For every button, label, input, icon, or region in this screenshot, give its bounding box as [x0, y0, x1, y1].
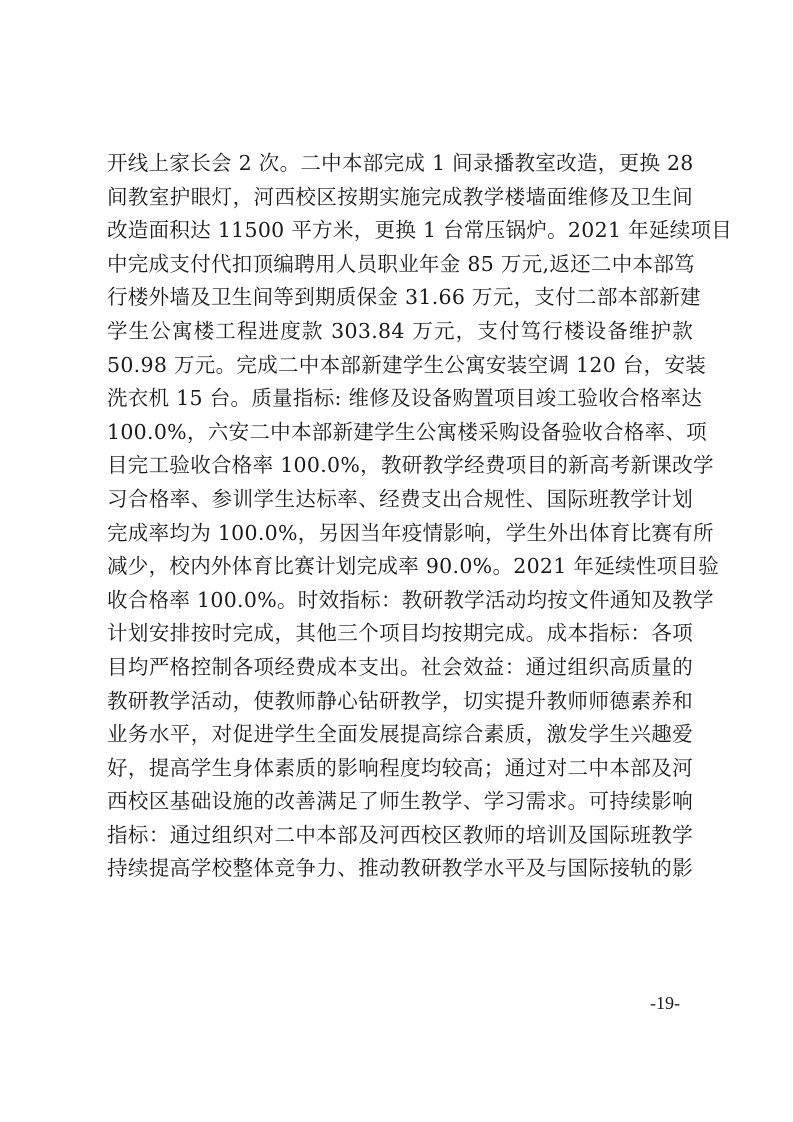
text-line: 学生公寓楼工程进度款 303.84 万元，支付笃行楼设备维护款: [107, 315, 693, 349]
text-line: 收合格率 100.0%。时效指标：教研教学活动均按文件通知及教学: [107, 584, 693, 618]
page-number: -19-: [650, 993, 680, 1014]
text-line: 教研教学活动，使教师静心钻研教学，切实提升教师师德素养和: [107, 685, 693, 719]
text-line: 50.98 万元。完成二中本部新建学生公寓安装空调 120 台，安装: [107, 349, 693, 383]
text-line: 业务水平，对促进学生全面发展提高综合素质，激发学生兴趣爱: [107, 718, 693, 752]
text-line: 减少，校内外体育比赛计划完成率 90.0%。2021 年延续性项目验: [107, 550, 693, 584]
text-line: 计划安排按时完成，其他三个项目均按期完成。成本指标：各项: [107, 617, 693, 651]
text-line: 目均严格控制各项经费成本支出。社会效益：通过组织高质量的: [107, 651, 693, 685]
text-line: 完成率均为 100.0%，另因当年疫情影响，学生外出体育比赛有所: [107, 517, 693, 551]
text-line: 洗衣机 15 台。质量指标: 维修及设备购置项目竣工验收合格率达: [107, 382, 693, 416]
text-line: 开线上家长会 2 次。二中本部完成 1 间录播教室改造，更换 28: [107, 147, 693, 181]
text-line: 改造面积达 11500 平方米，更换 1 台常压锅炉。2021 年延续项目: [107, 214, 693, 248]
body-paragraph: 开线上家长会 2 次。二中本部完成 1 间录播教室改造，更换 28 间教室护眼灯…: [107, 147, 693, 886]
text-line: 100.0%，六安二中本部新建学生公寓楼采购设备验收合格率、项: [107, 416, 693, 450]
text-line: 持续提高学校整体竞争力、推动教研教学水平及与国际接轨的影: [107, 852, 693, 886]
text-line: 指标：通过组织对二中本部及河西校区教师的培训及国际班教学: [107, 819, 693, 853]
text-line: 中完成支付代扣顶编聘用人员职业年金 85 万元,返还二中本部笃: [107, 248, 693, 282]
text-line: 习合格率、参训学生达标率、经费支出合规性、国际班教学计划: [107, 483, 693, 517]
text-line: 好，提高学生身体素质的影响程度均较高；通过对二中本部及河: [107, 752, 693, 786]
text-line: 行楼外墙及卫生间等到期质保金 31.66 万元，支付二部本部新建: [107, 281, 693, 315]
text-line: 目完工验收合格率 100.0%，教研教学经费项目的新高考新课改学: [107, 449, 693, 483]
text-line: 间教室护眼灯，河西校区按期实施完成教学楼墙面维修及卫生间: [107, 181, 693, 215]
text-line: 西校区基础设施的改善满足了师生教学、学习需求。可持续影响: [107, 785, 693, 819]
document-page: 开线上家长会 2 次。二中本部完成 1 间录播教室改造，更换 28 间教室护眼灯…: [0, 0, 793, 1122]
